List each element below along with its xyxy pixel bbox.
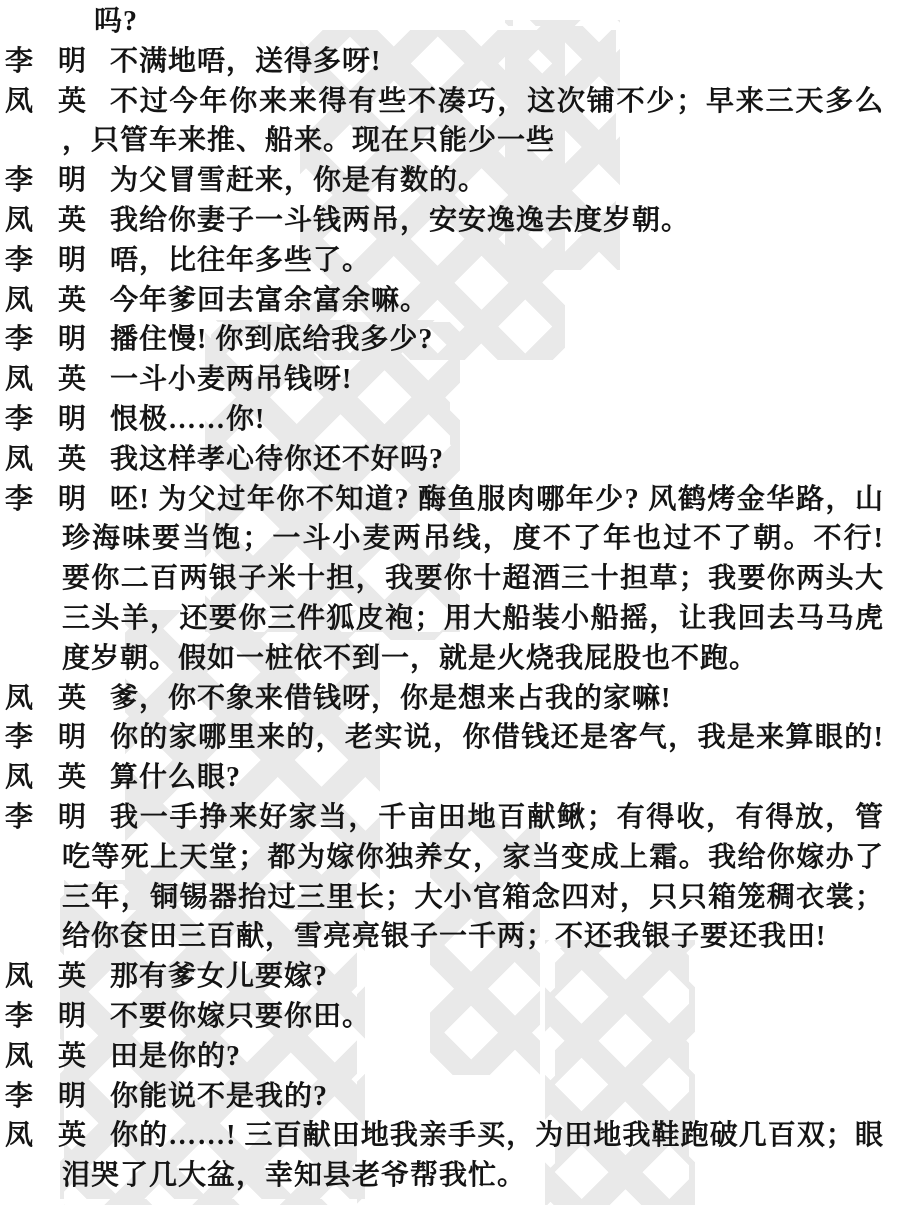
dialogue-line: 李明播住慢! 你到底给我多少? <box>0 320 900 360</box>
speaker-name-char2: 明 <box>58 718 87 758</box>
speaker-name-char1: 凤 <box>5 360 34 400</box>
dialogue-text: 恨极……你! <box>110 400 884 440</box>
dialogue-text: 一斗小麦两吊钱呀! <box>110 360 884 400</box>
speaker-name-char1: 李 <box>5 480 34 520</box>
dialogue-text: 泪哭了几大盆，幸知县老爷帮我忙。 <box>62 1156 884 1196</box>
speaker-name-char1: 凤 <box>5 281 34 321</box>
dialogue-list: 吗?李明不满地唔，送得多呀!凤英不过今年你来来得有些不凑巧，这次铺不少；早来三天… <box>0 0 900 1196</box>
speaker-name-char2: 明 <box>58 997 87 1037</box>
speaker-name-char2: 明 <box>58 480 87 520</box>
script-page: 吗?李明不满地唔，送得多呀!凤英不过今年你来来得有些不凑巧，这次铺不少；早来三天… <box>0 0 900 1205</box>
dialogue-line: 李明不满地唔，送得多呀! <box>0 42 900 82</box>
dialogue-text: 三头羊，还要你三件狐皮袍；用大船装小船摇，让我回去马马虎虎 <box>62 599 884 639</box>
dialogue-line: 凤英一斗小麦两吊钱呀! <box>0 360 900 400</box>
dialogue-line: 凤英今年爹回去富余富余嘛。 <box>0 281 900 321</box>
dialogue-line: 凤英爹，你不象来借钱呀，你是想来占我的家嘛! <box>0 679 900 719</box>
speaker-name-char2: 英 <box>58 82 87 122</box>
speaker-name-char1: 李 <box>5 997 34 1037</box>
dialogue-line: 李明唔，比往年多些了。 <box>0 241 900 281</box>
speaker-name-char2: 英 <box>58 201 87 241</box>
dialogue-line: 珍海味要当饱；一斗小麦两吊线，度不了年也过不了朝。不行! 我 <box>0 519 900 559</box>
speaker-name-char1: 李 <box>5 320 34 360</box>
dialogue-text: 珍海味要当饱；一斗小麦两吊线，度不了年也过不了朝。不行! 我 <box>62 519 884 559</box>
dialogue-line: 凤英算什么眼? <box>0 758 900 798</box>
speaker-name-char1: 凤 <box>5 82 34 122</box>
dialogue-text: 三年，铜锡器抬过三里长；大小官箱念四对，只只箱笼稠衣裳；还 <box>62 878 884 918</box>
dialogue-line: 李明你的家哪里来的，老实说，你借钱还是客气，我是来算眼的! <box>0 718 900 758</box>
speaker-name-char2: 明 <box>58 798 87 838</box>
speaker-name-char2: 英 <box>58 1037 87 1077</box>
dialogue-line: 度岁朝。假如一桩依不到一，就是火烧我屁股也不跑。 <box>0 639 900 679</box>
speaker-name-char1: 李 <box>5 718 34 758</box>
dialogue-text: 田是你的? <box>110 1037 884 1077</box>
speaker-name-char2: 明 <box>58 320 87 360</box>
dialogue-text: 我一手挣来好家当，千亩田地百献鳅；有得收，有得放，管坐 <box>110 798 884 838</box>
dialogue-text: 算什么眼? <box>110 758 884 798</box>
dialogue-line: 凤英那有爹女儿要嫁? <box>0 957 900 997</box>
speaker-name-char1: 凤 <box>5 1116 34 1156</box>
speaker-name-char1: 李 <box>5 42 34 82</box>
dialogue-text: 你能说不是我的? <box>110 1077 884 1117</box>
dialogue-line: 凤英田是你的? <box>0 1037 900 1077</box>
speaker-name-char2: 英 <box>58 440 87 480</box>
dialogue-text: 爹，你不象来借钱呀，你是想来占我的家嘛! <box>110 679 884 719</box>
dialogue-line: 凤英你的……! 三百献田地我亲手买，为田地我鞋跑破几百双；眼 <box>0 1116 900 1156</box>
dialogue-text: 吃等死上天堂；都为嫁你独养女，家当变成上霜。我给你嫁办了两 <box>62 838 884 878</box>
dialogue-text: 度岁朝。假如一桩依不到一，就是火烧我屁股也不跑。 <box>62 639 884 679</box>
dialogue-line: 要你二百两银子米十担，我要你十超酒三十担草；我要你两头大猪 <box>0 559 900 599</box>
dialogue-line: 凤英我这样孝心待你还不好吗? <box>0 440 900 480</box>
speaker-name-char2: 明 <box>58 42 87 82</box>
dialogue-line: 给你奁田三百献，雪亮亮银子一千两；不还我银子要还我田! <box>0 917 900 957</box>
dialogue-text: 唔，比往年多些了。 <box>110 241 884 281</box>
dialogue-text: 呸! 为父过年你不知道? 酶鱼服肉哪年少? 风鹤烤金华路，山 <box>110 480 884 520</box>
dialogue-line: 凤英不过今年你来来得有些不凑巧，这次铺不少；早来三天多么好 <box>0 82 900 122</box>
dialogue-line: 三头羊，还要你三件狐皮袍；用大船装小船摇，让我回去马马虎虎 <box>0 599 900 639</box>
speaker-name-char1: 凤 <box>5 758 34 798</box>
speaker-name-char1: 凤 <box>5 1037 34 1077</box>
speaker-name-char2: 明 <box>58 400 87 440</box>
dialogue-text: 不要你嫁只要你田。 <box>110 997 884 1037</box>
dialogue-line: 李明我一手挣来好家当，千亩田地百献鳅；有得收，有得放，管坐 <box>0 798 900 838</box>
dialogue-text: 你的……! 三百献田地我亲手买，为田地我鞋跑破几百双；眼 <box>110 1116 884 1156</box>
speaker-name-char1: 凤 <box>5 201 34 241</box>
speaker-name-char2: 明 <box>58 241 87 281</box>
speaker-name-char1: 李 <box>5 241 34 281</box>
speaker-name-char1: 凤 <box>5 957 34 997</box>
dialogue-text: 吗? <box>94 2 884 42</box>
speaker-name-char1: 凤 <box>5 440 34 480</box>
dialogue-text: 播住慢! 你到底给我多少? <box>110 320 884 360</box>
dialogue-line: 泪哭了几大盆，幸知县老爷帮我忙。 <box>0 1156 900 1196</box>
dialogue-line: 凤英我给你妻子一斗钱两吊，安安逸逸去度岁朝。 <box>0 201 900 241</box>
dialogue-text: 你的家哪里来的，老实说，你借钱还是客气，我是来算眼的! <box>110 718 884 758</box>
dialogue-line: 李明你能说不是我的? <box>0 1077 900 1117</box>
dialogue-text: 不满地唔，送得多呀! <box>110 42 884 82</box>
dialogue-line: 吃等死上天堂；都为嫁你独养女，家当变成上霜。我给你嫁办了两 <box>0 838 900 878</box>
speaker-name-char1: 李 <box>5 161 34 201</box>
speaker-name-char2: 明 <box>58 1077 87 1117</box>
dialogue-line: 李明呸! 为父过年你不知道? 酶鱼服肉哪年少? 风鹤烤金华路，山 <box>0 480 900 520</box>
speaker-name-char2: 英 <box>58 957 87 997</box>
speaker-name-char1: 李 <box>5 798 34 838</box>
dialogue-line: 三年，铜锡器抬过三里长；大小官箱念四对，只只箱笼稠衣裳；还 <box>0 878 900 918</box>
speaker-name-char2: 英 <box>58 679 87 719</box>
dialogue-line: 李明为父冒雪赶来，你是有数的。 <box>0 161 900 201</box>
speaker-name-char2: 明 <box>58 161 87 201</box>
speaker-name-char1: 凤 <box>5 679 34 719</box>
speaker-name-char2: 英 <box>58 281 87 321</box>
speaker-name-char1: 李 <box>5 1077 34 1117</box>
dialogue-line: 李明不要你嫁只要你田。 <box>0 997 900 1037</box>
dialogue-line: 吗? <box>0 2 900 42</box>
speaker-name-char1: 李 <box>5 400 34 440</box>
dialogue-line: 李明恨极……你! <box>0 400 900 440</box>
speaker-name-char2: 英 <box>58 758 87 798</box>
speaker-name-char2: 英 <box>58 360 87 400</box>
dialogue-text: 今年爹回去富余富余嘛。 <box>110 281 884 321</box>
dialogue-text: 不过今年你来来得有些不凑巧，这次铺不少；早来三天多么好 <box>110 82 884 122</box>
dialogue-text: 我这样孝心待你还不好吗? <box>110 440 884 480</box>
dialogue-text: 给你奁田三百献，雪亮亮银子一千两；不还我银子要还我田! <box>62 917 884 957</box>
dialogue-line: ，只管车来推、船来。现在只能少一些 <box>0 121 900 161</box>
dialogue-text: 为父冒雪赶来，你是有数的。 <box>110 161 884 201</box>
dialogue-text: 我给你妻子一斗钱两吊，安安逸逸去度岁朝。 <box>110 201 884 241</box>
dialogue-text: 那有爹女儿要嫁? <box>110 957 884 997</box>
dialogue-text: 要你二百两银子米十担，我要你十超酒三十担草；我要你两头大猪 <box>62 559 884 599</box>
speaker-name-char2: 英 <box>58 1116 87 1156</box>
dialogue-text: ，只管车来推、船来。现在只能少一些 <box>62 121 884 161</box>
